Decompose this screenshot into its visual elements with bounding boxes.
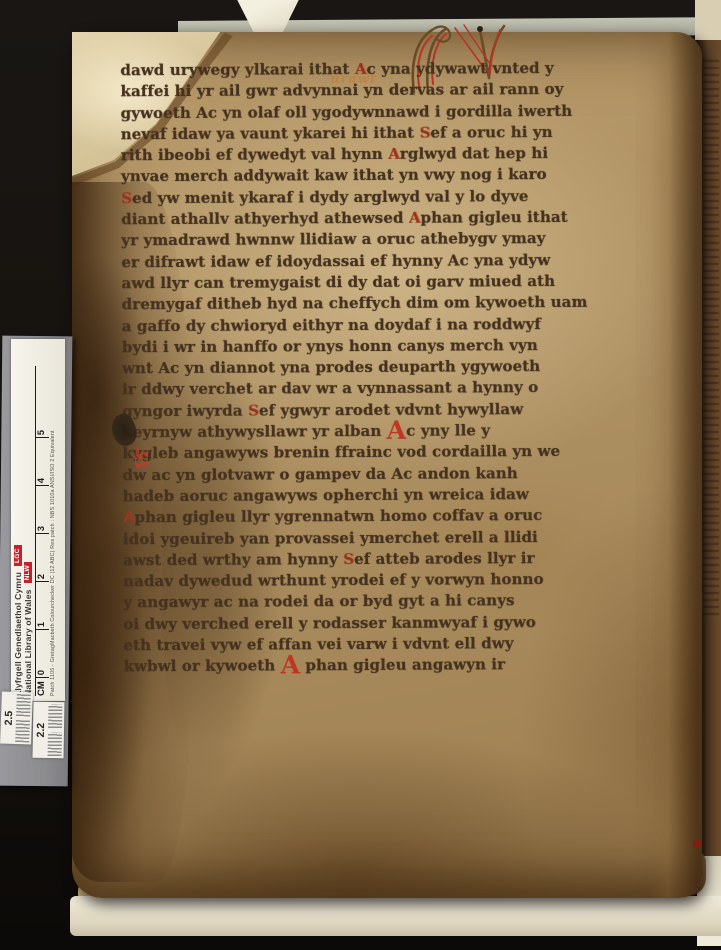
adjacent-page-text [703,60,719,620]
manuscript-photo: urawt dawd urywegy ylkarai ithat Ac yna … [0,0,721,950]
lgc-badge: LGC [14,545,23,566]
patch-label: 2.5 [3,710,16,725]
manuscript-line: oi dwy verched erell y rodasser kanmwyaf… [123,612,615,636]
institution-name-english: National Library of Wales [23,589,33,696]
ruler-tick: 2 [36,534,49,582]
manuscript-line: ynvae merch addywait kaw ithat yn vwy no… [121,165,613,189]
manuscript-line: dremygaf ditheb hyd na cheffych dim om k… [122,293,614,317]
institution-name-welsh: Llyfrgell Genedlaethol Cymru [13,572,23,696]
resolution-stripes [48,704,63,756]
manuscript-line: awd llyr can tremygaist di dy dat oi gar… [122,272,614,296]
manuscript-line: wnt Ac yn diannot yna prodes deuparth yg… [122,357,614,381]
ruler-tick: 3 [36,486,49,534]
nlw-badge: NLW [24,562,33,583]
manuscript-line: ir ddwy verchet ar dav wr a vynnassant a… [122,378,614,402]
ruler-tick: 4 [36,438,49,486]
manuscript-line: eth travei vyw ef affan vei varw i vdvnt… [123,634,615,658]
manuscript-line: diant athallv athyerhyd athewsed Aphan g… [121,208,613,232]
manuscript-line: a gaffo dy chwioryd eithyr na doydaf i n… [122,314,614,338]
colourchecker-small-print: Patch 1105 - GretagMacbeth Colourchecker… [50,344,56,696]
manuscript-line: er difrawt idaw ef idoydassai ef hynny A… [121,250,613,274]
resolution-patch-25: 2.5 [0,691,33,744]
manuscript-text-block: dawd urywegy ylkarai ithat Ac yna ydywaw… [120,59,615,679]
patch-label: 2.2 [35,722,47,737]
manuscript-line: y angawyr ac na rodei da or byd gyt a hi… [123,591,615,615]
manuscript-line: dawd urywegy ylkarai ithat Ac yna ydywaw… [120,59,612,83]
manuscript-line: awst ded wrthy am hynny Sef atteb arodes… [123,549,615,573]
manuscript-line: rith ibeobi ef dywedyt val hynn Arglwyd … [121,144,613,168]
manuscript-line: kwbwl or kywoeth A phan gigleu angawyn i… [124,655,616,679]
cm-ruler: CM 012345 [35,366,49,696]
page-stack-top-right [695,0,721,40]
manuscript-line: kaffei hi yr ail gwr advynnai yn dervas … [120,80,612,104]
manuscript-line: nadav dywedud wrthunt yrodei ef y vorwyn… [123,570,615,594]
resolution-stripes [15,694,31,742]
manuscript-line: dw ac yn glotvawr o gampev da Ac andon k… [123,463,615,487]
red-margin-marks: ʒʒ [88,443,151,488]
manuscript-line: idoi ygeuireb yan provassei ymerchet ere… [123,527,615,551]
ruler-tick: 5 [36,390,49,438]
scale-card: Llyfrgell Genedlaethol Cymru LGC Nationa… [11,339,65,701]
ruler-tick: 1 [36,582,49,630]
manuscript-line: gyngor iwyrda Sef ygwyr arodet vdvnt hyw… [122,399,614,423]
manuscript-line: Aphan gigleu llyr ygrennatwn homo coffav… [123,506,615,530]
manuscript-line: yr ymadrawd hwnnw llidiaw a oruc athebyg… [121,229,613,253]
ruler-tick: 0 [36,630,49,678]
manuscript-line: hadeb aoruc angawyws opherchi yn wreica … [123,485,615,509]
ruler-unit-label: CM [36,678,47,696]
manuscript-line: gywoeth Ac yn olaf oll ygodywnnawd i gor… [121,101,613,125]
manuscript-line: nevaf idaw ya vaunt ykarei hi ithat Sef … [121,123,613,147]
manuscript-line: kygleb angawyws brenin ffrainc vod corda… [122,442,614,466]
cradle-page-band [70,896,721,936]
manuscript-line: Sed yw menit ykaraf i dydy arglwyd val y… [121,186,613,210]
manuscript-line: keyrnyw athywysllawr yr alban Ac yny lle… [122,421,614,445]
gutter-shadow [650,32,702,898]
red-wax-spot [693,840,701,848]
manuscript-line: bydi i wr in hanffo or ynys honn canys m… [122,336,614,360]
resolution-patch-22: 2.2 [33,702,65,759]
